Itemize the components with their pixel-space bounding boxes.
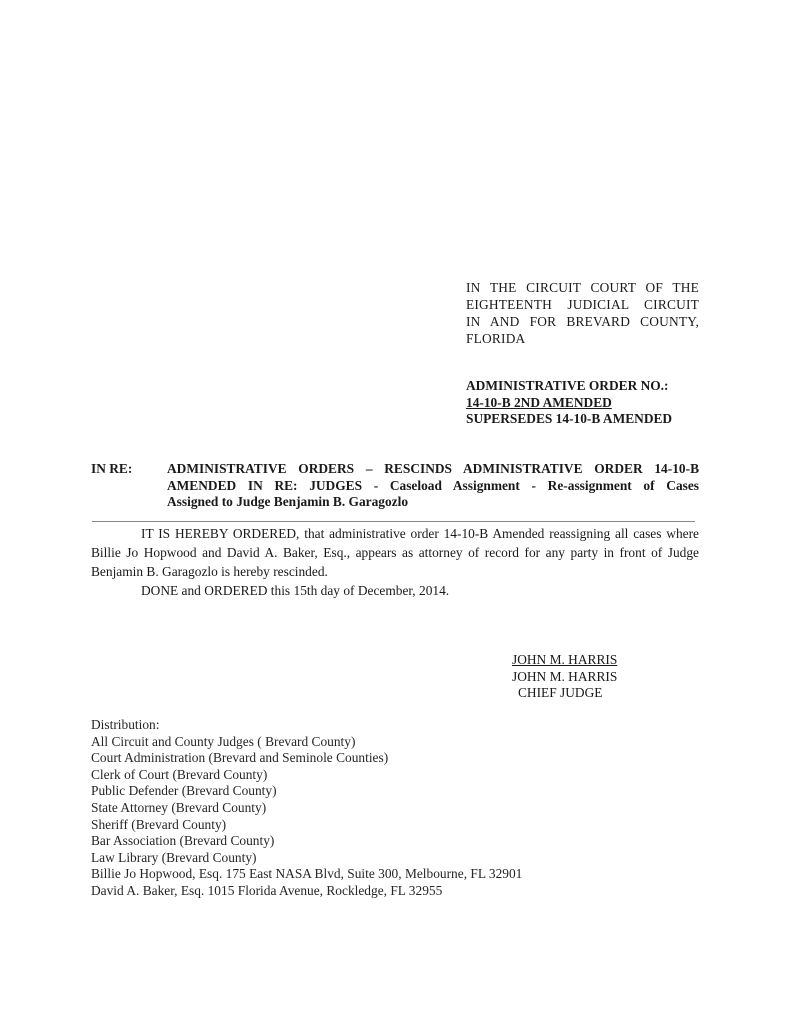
printed-name: JOHN M. HARRIS — [512, 669, 617, 686]
in-re-label: IN RE: — [91, 461, 132, 478]
caption-line: EIGHTEENTH JUDICIAL CIRCUIT — [466, 296, 699, 313]
in-re-line: AMENDED IN RE: JUDGES - Caseload Assignm… — [167, 478, 699, 495]
distribution-recipient: Clerk of Court (Brevard County) — [91, 767, 522, 784]
done-and-ordered: DONE and ORDERED this 15th day of Decemb… — [91, 581, 699, 600]
in-re-line: Assigned to Judge Benjamin B. Garagozlo — [167, 494, 699, 511]
horizontal-divider — [92, 521, 695, 522]
distribution-recipient: Court Administration (Brevard and Semino… — [91, 750, 522, 767]
distribution-recipient: All Circuit and County Judges ( Brevard … — [91, 734, 522, 751]
distribution-recipient: State Attorney (Brevard County) — [91, 800, 522, 817]
distribution-recipient: David A. Baker, Esq. 1015 Florida Avenue… — [91, 883, 522, 900]
order-header: ADMINISTRATIVE ORDER NO.: 14-10-B 2ND AM… — [466, 378, 706, 428]
distribution-list: Distribution: All Circuit and County Jud… — [91, 717, 522, 900]
caption-line: FLORIDA — [466, 330, 699, 347]
distribution-heading: Distribution: — [91, 717, 522, 734]
judge-title: CHIEF JUDGE — [512, 685, 617, 702]
supersedes-line: SUPERSEDES 14-10-B AMENDED — [466, 411, 706, 428]
distribution-recipient: Law Library (Brevard County) — [91, 850, 522, 867]
signature-line: JOHN M. HARRIS — [512, 652, 617, 667]
order-number: 14-10-B 2ND AMENDED — [466, 395, 612, 410]
order-paragraph: IT IS HEREBY ORDERED, that administrativ… — [91, 524, 699, 581]
distribution-recipient: Public Defender (Brevard County) — [91, 783, 522, 800]
caption-line: IN AND FOR BREVARD COUNTY, — [466, 313, 699, 330]
in-re-line: ADMINISTRATIVE ORDERS – RESCINDS ADMINIS… — [167, 461, 699, 478]
order-label: ADMINISTRATIVE ORDER NO.: — [466, 378, 706, 395]
court-caption: IN THE CIRCUIT COURT OF THE EIGHTEENTH J… — [466, 279, 699, 347]
order-body: IT IS HEREBY ORDERED, that administrativ… — [91, 524, 699, 600]
distribution-recipient: Bar Association (Brevard County) — [91, 833, 522, 850]
signature-block: JOHN M. HARRIS JOHN M. HARRIS CHIEF JUDG… — [512, 652, 617, 702]
in-re-subject: ADMINISTRATIVE ORDERS – RESCINDS ADMINIS… — [167, 461, 699, 511]
distribution-recipient: Sheriff (Brevard County) — [91, 817, 522, 834]
distribution-recipient: Billie Jo Hopwood, Esq. 175 East NASA Bl… — [91, 866, 522, 883]
caption-line: IN THE CIRCUIT COURT OF THE — [466, 279, 699, 296]
